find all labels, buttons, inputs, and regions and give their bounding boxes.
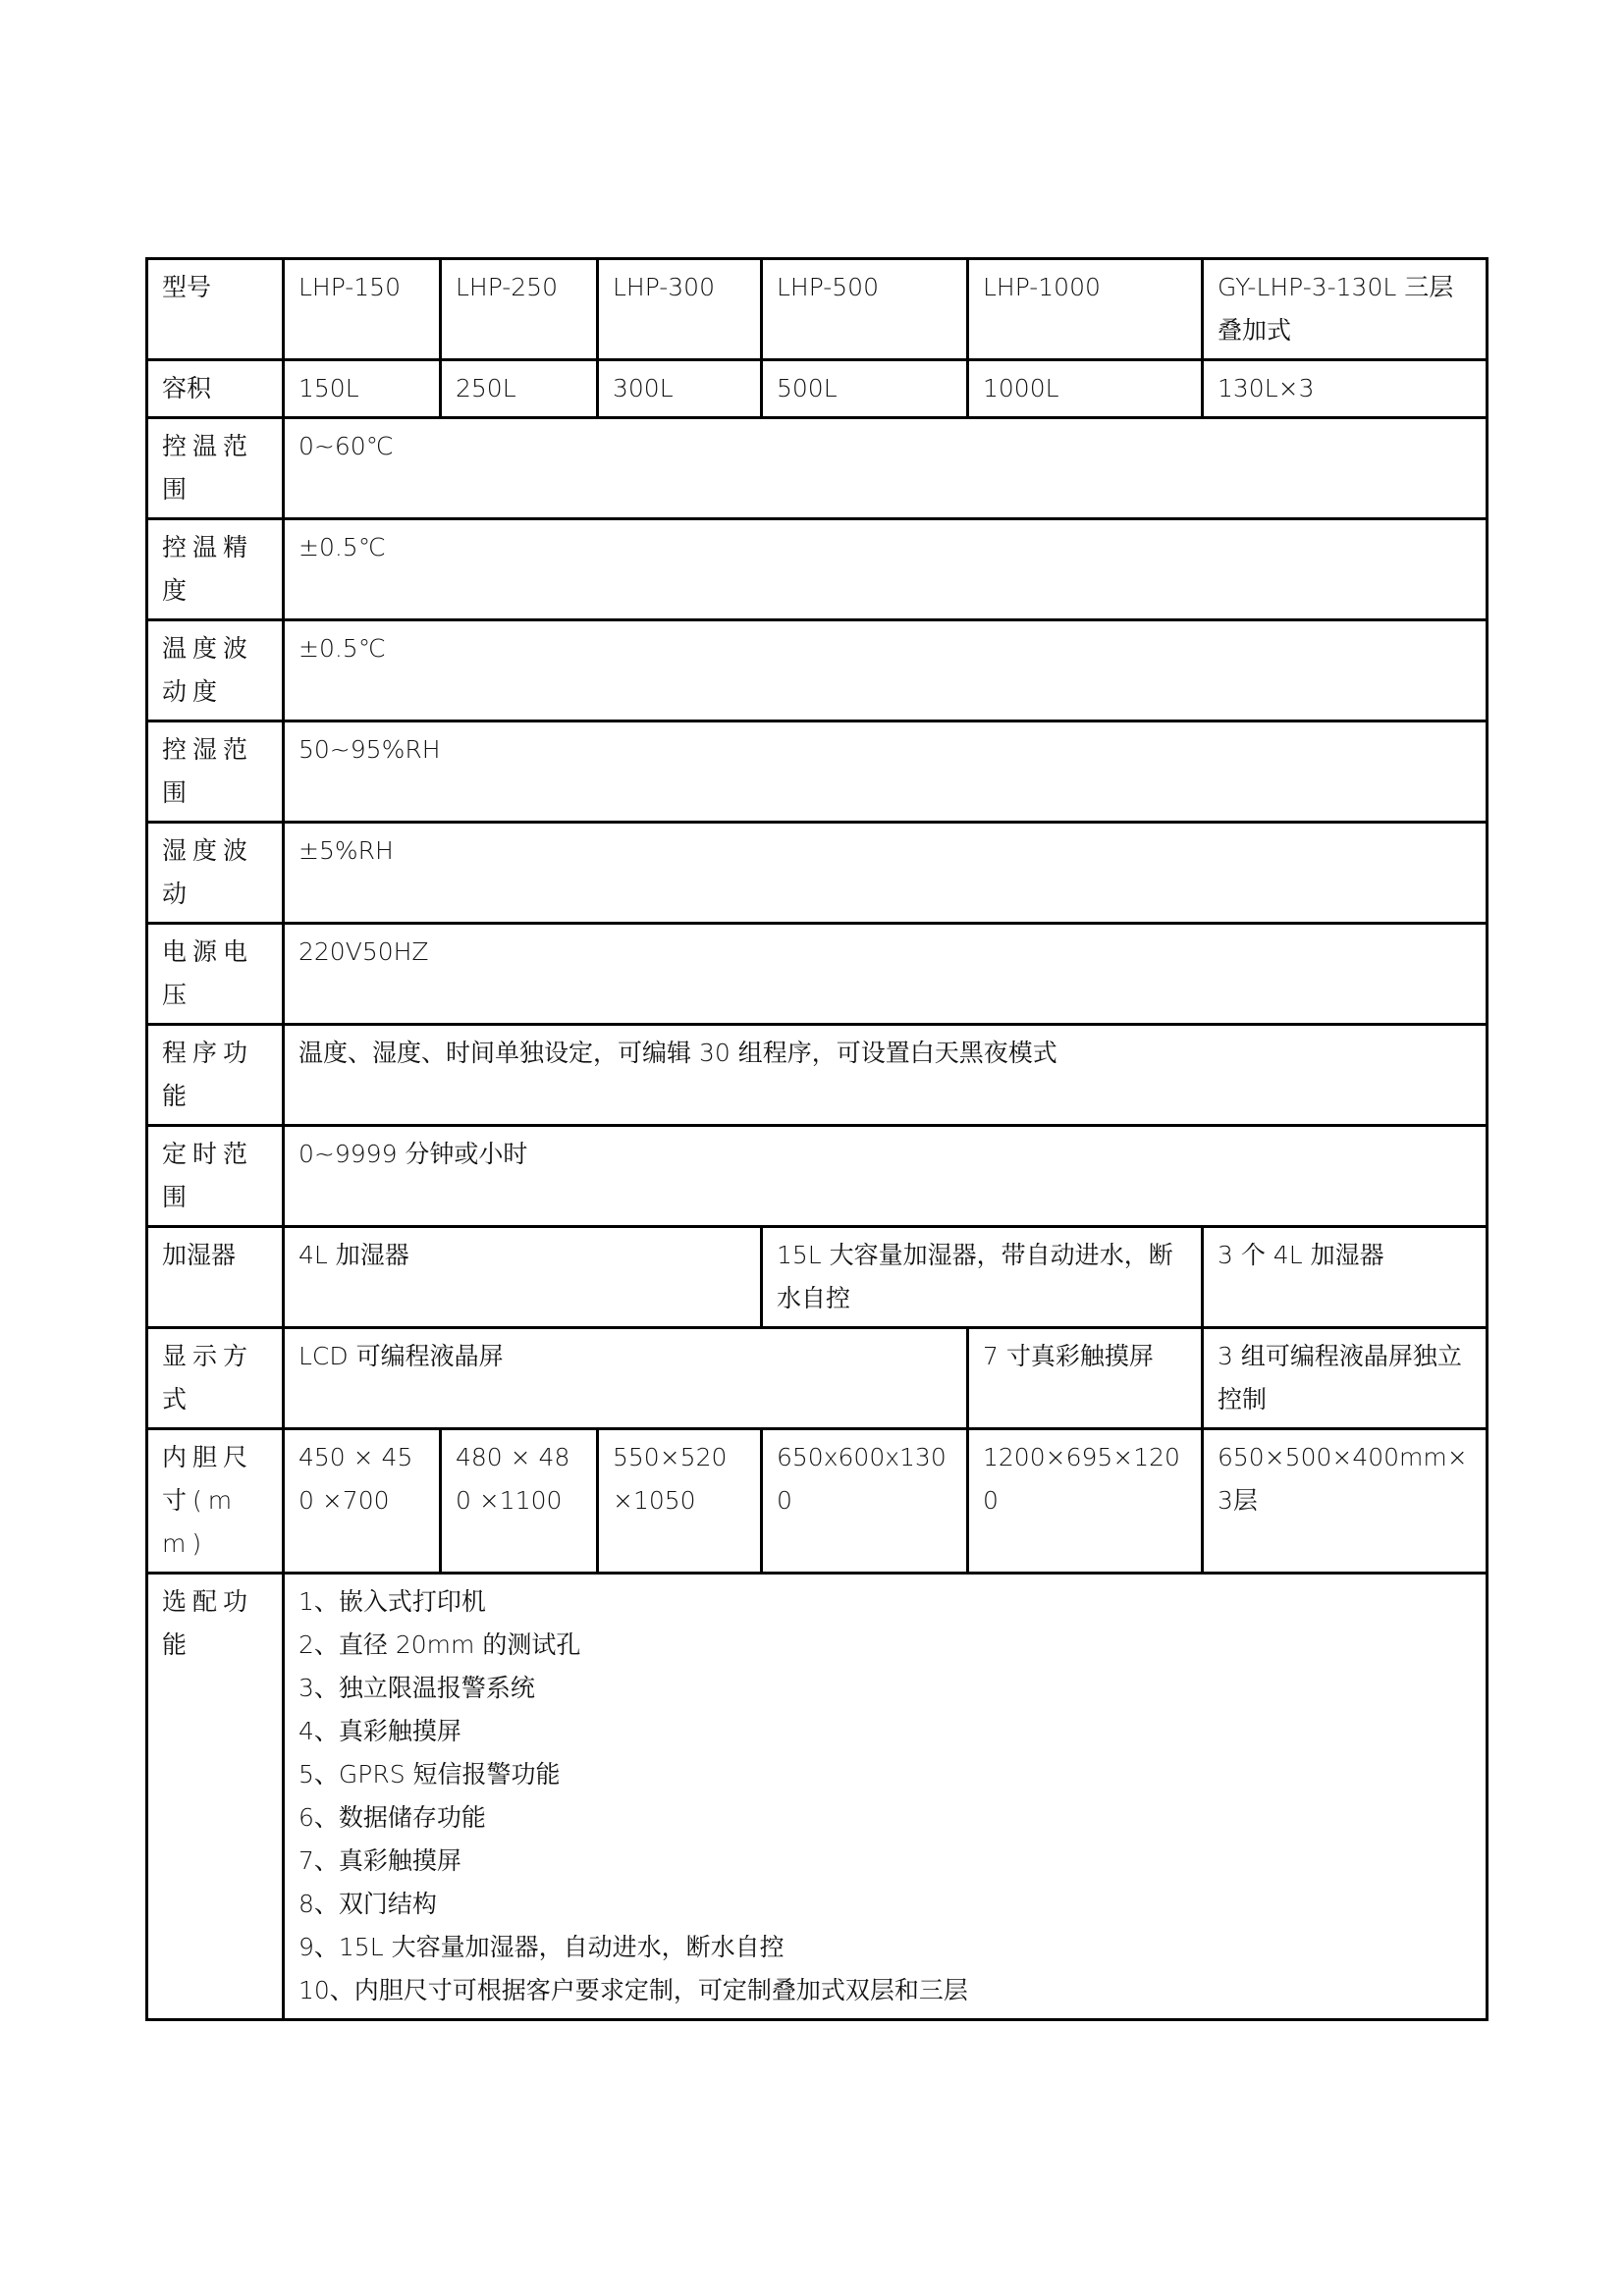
- option-item: 4、真彩触摸屏: [298, 1710, 1472, 1753]
- option-item: 6、数据储存功能: [298, 1796, 1472, 1840]
- hum-range-value: 50~95%RH: [284, 721, 1488, 823]
- row-timer: 定时范围 0~9999 分钟或小时: [147, 1126, 1488, 1227]
- row-hum-range: 控湿范围 50~95%RH: [147, 721, 1488, 823]
- row-inner: 内胆尺寸(mm) 450 × 450 ×700 480 × 480 ×1100 …: [147, 1429, 1488, 1574]
- options-label: 选配功能: [147, 1574, 284, 2020]
- inner-label: 内胆尺寸(mm): [147, 1429, 284, 1574]
- display-cell: LCD 可编程液晶屏: [284, 1328, 968, 1429]
- temp-fluct-value: ±0.5℃: [284, 620, 1488, 721]
- option-item: 10、内胆尺寸可根据客户要求定制，可定制叠加式双层和三层: [298, 1969, 1472, 2012]
- row-model: 型号 LHP-150 LHP-250 LHP-300 LHP-500 LHP-1…: [147, 259, 1488, 360]
- row-hum-fluct: 湿度波动 ±5%RH: [147, 823, 1488, 924]
- display-label: 显示方式: [147, 1328, 284, 1429]
- model-cell: LHP-150: [284, 259, 441, 360]
- model-cell: LHP-250: [441, 259, 598, 360]
- hum-range-label: 控湿范围: [147, 721, 284, 823]
- spec-table: 型号 LHP-150 LHP-250 LHP-300 LHP-500 LHP-1…: [145, 257, 1489, 2021]
- volume-cell: 250L: [441, 360, 598, 418]
- model-label: 型号: [147, 259, 284, 360]
- volume-cell: 1000L: [968, 360, 1203, 418]
- temp-range-label: 控温范围: [147, 418, 284, 519]
- power-value: 220V50HZ: [284, 924, 1488, 1025]
- temp-accuracy-value: ±0.5℃: [284, 519, 1488, 620]
- inner-cell: 450 × 450 ×700: [284, 1429, 441, 1574]
- row-temp-accuracy: 控温精度 ±0.5℃: [147, 519, 1488, 620]
- row-options: 选配功能 1、嵌入式打印机 2、直径 20mm 的测试孔 3、独立限温报警系统 …: [147, 1574, 1488, 2020]
- model-cell: GY-LHP-3-130L 三层叠加式: [1203, 259, 1488, 360]
- row-program: 程序功能 温度、湿度、时间单独设定，可编辑 30 组程序，可设置白天黑夜模式: [147, 1025, 1488, 1126]
- row-temp-range: 控温范围 0~60℃: [147, 418, 1488, 519]
- volume-label: 容积: [147, 360, 284, 418]
- humidifier-cell: 4L 加湿器: [284, 1227, 762, 1328]
- inner-cell: 650×500×400mm×3层: [1203, 1429, 1488, 1574]
- humidifier-cell: 15L 大容量加湿器，带自动进水，断水自控: [762, 1227, 1203, 1328]
- program-label: 程序功能: [147, 1025, 284, 1126]
- humidifier-cell: 3 个 4L 加湿器: [1203, 1227, 1488, 1328]
- row-power: 电源电压 220V50HZ: [147, 924, 1488, 1025]
- hum-fluct-label: 湿度波动: [147, 823, 284, 924]
- power-label: 电源电压: [147, 924, 284, 1025]
- program-value: 温度、湿度、时间单独设定，可编辑 30 组程序，可设置白天黑夜模式: [284, 1025, 1488, 1126]
- option-item: 7、真彩触摸屏: [298, 1840, 1472, 1883]
- volume-cell: 500L: [762, 360, 968, 418]
- volume-cell: 150L: [284, 360, 441, 418]
- row-display: 显示方式 LCD 可编程液晶屏 7 寸真彩触摸屏 3 组可编程液晶屏独立控制: [147, 1328, 1488, 1429]
- model-cell: LHP-300: [598, 259, 762, 360]
- temp-fluct-label: 温度波动度: [147, 620, 284, 721]
- option-item: 8、双门结构: [298, 1883, 1472, 1926]
- timer-label: 定时范围: [147, 1126, 284, 1227]
- row-humidifier: 加湿器 4L 加湿器 15L 大容量加湿器，带自动进水，断水自控 3 个 4L …: [147, 1227, 1488, 1328]
- option-item: 2、直径 20mm 的测试孔: [298, 1624, 1472, 1667]
- volume-cell: 300L: [598, 360, 762, 418]
- hum-fluct-value: ±5%RH: [284, 823, 1488, 924]
- row-temp-fluct: 温度波动度 ±0.5℃: [147, 620, 1488, 721]
- display-cell: 7 寸真彩触摸屏: [968, 1328, 1203, 1429]
- model-cell: LHP-500: [762, 259, 968, 360]
- options-list: 1、嵌入式打印机 2、直径 20mm 的测试孔 3、独立限温报警系统 4、真彩触…: [284, 1574, 1488, 2020]
- model-cell: LHP-1000: [968, 259, 1203, 360]
- row-volume: 容积 150L 250L 300L 500L 1000L 130L×3: [147, 360, 1488, 418]
- inner-cell: 1200×695×1200: [968, 1429, 1203, 1574]
- option-item: 3、独立限温报警系统: [298, 1667, 1472, 1710]
- inner-cell: 480 × 480 ×1100: [441, 1429, 598, 1574]
- humidifier-label: 加湿器: [147, 1227, 284, 1328]
- temp-accuracy-label: 控温精度: [147, 519, 284, 620]
- temp-range-value: 0~60℃: [284, 418, 1488, 519]
- option-item: 5、GPRS 短信报警功能: [298, 1753, 1472, 1796]
- volume-cell: 130L×3: [1203, 360, 1488, 418]
- option-item: 1、嵌入式打印机: [298, 1580, 1472, 1624]
- timer-value: 0~9999 分钟或小时: [284, 1126, 1488, 1227]
- option-item: 9、15L 大容量加湿器，自动进水，断水自控: [298, 1926, 1472, 1969]
- inner-cell: 550×520×1050: [598, 1429, 762, 1574]
- display-cell: 3 组可编程液晶屏独立控制: [1203, 1328, 1488, 1429]
- inner-cell: 650x600x1300: [762, 1429, 968, 1574]
